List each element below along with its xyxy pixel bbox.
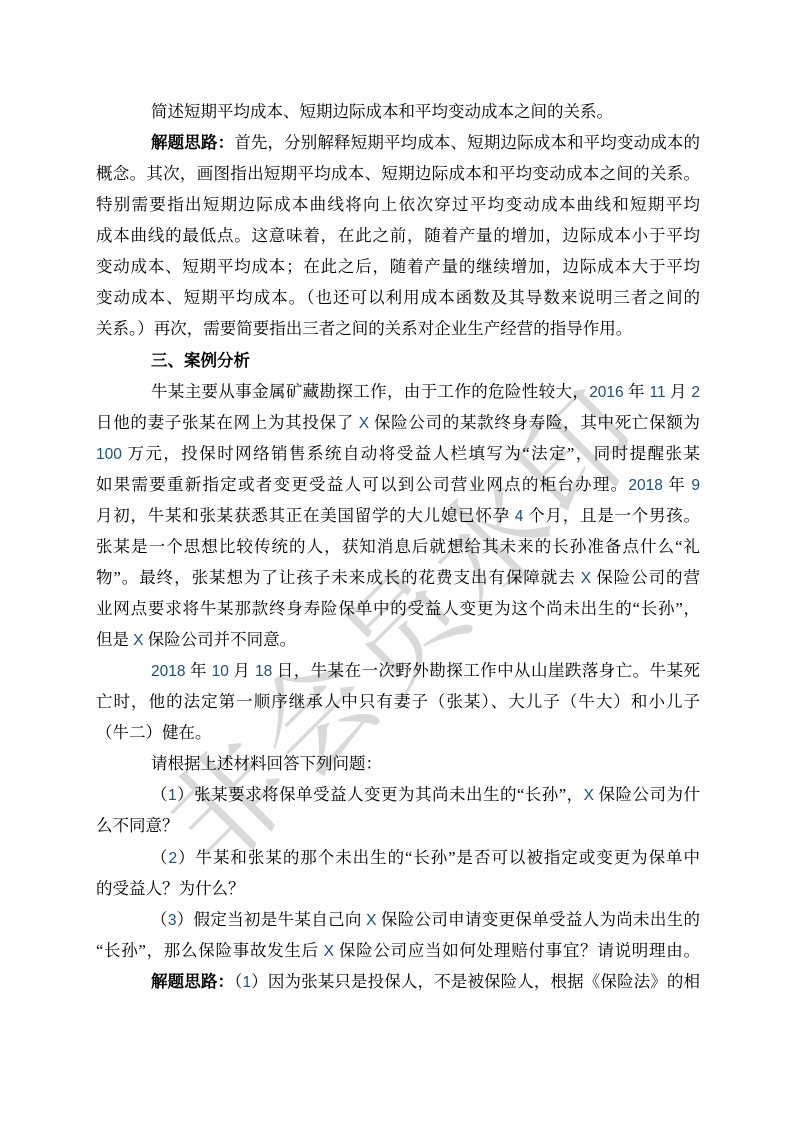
text-segment: 万元，投保时网络销售系统自动将受益人栏填写为“法定”，同时提醒张某 (122, 444, 700, 463)
text-segment: 年 (624, 382, 650, 401)
text-segment: 业网点要求将牛某那款终身寿险保单中的受益人变更为这个尚未出生的“长孙”， (96, 599, 700, 618)
text-line: 特别需要指出短期边际成本曲线将向上依次穿过平均变动成本曲线和短期平均 (96, 189, 700, 220)
highlighted-number: 18 (255, 663, 272, 680)
text-line: “长孙”，那么保险事故发生后 X 保险公司应当如何处理赔付事宜？请说明理由。 (96, 935, 700, 966)
text-segment: 关系。）再次，需要简要指出三者之间的关系对企业生产经营的指导作用。 (96, 319, 632, 338)
text-segment: （ (151, 785, 168, 804)
text-line: 100 万元，投保时网络销售系统自动将受益人栏填写为“法定”，同时提醒张某 (96, 438, 700, 469)
text-line: 关系。）再次，需要简要指出三者之间的关系对企业生产经营的指导作用。 (96, 313, 700, 344)
text-segment: 保险公司应当如何处理赔付事宜？请说明理由。 (334, 941, 700, 960)
text-segment: ）因为张某只是投保人，不是被保险人，根据《保险法》的相 (251, 972, 700, 991)
text-segment: 年 (663, 475, 692, 494)
text-segment: ）张某要求将保单受益人变更为其尚未出生的“长孙”， (177, 785, 584, 804)
text-segment: 月 (229, 661, 255, 680)
highlighted-number: X (324, 943, 334, 960)
highlighted-number: 2 (691, 384, 700, 401)
highlighted-number: 9 (691, 477, 700, 494)
text-segment: 保险公司申请变更保单受益人为尚未出生的 (376, 910, 700, 929)
text-segment: 日，牛某在一次野外勘探工作中从山崖跌落身亡。牛某死 (272, 661, 700, 680)
text-segment: 简述短期平均成本、短期边际成本和平均变动成本之间的关系。 (151, 102, 613, 121)
text-segment: 日他的妻子张某在网上为其投保了 (96, 413, 359, 432)
highlighted-number: 10 (212, 663, 229, 680)
text-line: 张某是一个思想比较传统的人，获知消息后就想给其未来的长孙准备点什么“礼 (96, 531, 700, 562)
text-line: （牛二）健在。 (96, 717, 700, 748)
highlighted-number: X (133, 632, 143, 649)
bold-label: 解题思路： (151, 133, 234, 152)
bold-label: 解题思路： (151, 972, 234, 991)
text-segment: ）假定当初是牛某自己向 (176, 910, 366, 929)
text-segment: 成本曲线的最低点。这意味着，在此之前，随着产量的增加，边际成本小于平均 (96, 226, 700, 245)
highlighted-number: 1 (168, 787, 177, 804)
text-segment: 保险公司的某款终身寿险，其中死亡保额为 (369, 413, 700, 432)
text-segment: “长孙”，那么保险事故发生后 (96, 941, 324, 960)
text-line: 变动成本、短期平均成本；在此之后，随着产量的继续增加，边际成本大于平均 (96, 251, 700, 282)
highlighted-number: 2016 (589, 384, 623, 401)
text-line: 但是 X 保险公司并不同意。 (96, 624, 700, 655)
text-line: 月初，牛某和张某获悉其正在美国留学的大儿媳已怀孕 4 个月，且是一个男孩。 (96, 500, 700, 531)
text-segment: 个月，且是一个男孩。 (523, 506, 700, 525)
highlighted-number: X (581, 570, 591, 587)
text-segment: （ (151, 910, 168, 929)
text-segment: 请根据上述材料回答下列问题： (151, 754, 382, 773)
text-segment: 变动成本、短期平均成本；在此之后，随着产量的继续增加，边际成本大于平均 (96, 257, 700, 276)
text-segment: 物”。最终，张某想为了让孩子未来成长的花费支出有保障就去 (96, 568, 581, 587)
text-line: 如果需要重新指定或者变更受益人可以到公司营业网点的柜台办理。2018 年 9 (96, 469, 700, 500)
text-segment: 年 (185, 661, 211, 680)
text-segment: 牛某主要从事金属矿藏勘探工作，由于工作的危险性较大， (151, 382, 589, 401)
document-body: 简述短期平均成本、短期边际成本和平均变动成本之间的关系。解题思路：首先，分别解释… (96, 96, 700, 997)
text-segment: （ (234, 972, 242, 991)
text-segment: 如果需要重新指定或者变更受益人可以到公司营业网点的柜台办理。 (96, 475, 628, 494)
text-segment: 变动成本、短期平均成本。（也还可以利用成本函数及其导数来说明三者之间的 (96, 288, 700, 307)
text-segment: 首先，分别解释短期平均成本、短期边际成本和平均变动成本的 (234, 133, 700, 152)
text-segment: 但是 (96, 630, 133, 649)
text-segment: （ (151, 848, 168, 867)
highlighted-number: X (359, 415, 369, 432)
text-line: （1）张某要求将保单受益人变更为其尚未出生的“长孙”，X 保险公司为什 (96, 779, 700, 810)
text-segment: 张某是一个思想比较传统的人，获知消息后就想给其未来的长孙准备点什么“礼 (96, 537, 700, 556)
highlighted-number: 2018 (151, 663, 185, 680)
text-segment: 保险公司并不同意。 (143, 630, 296, 649)
highlighted-number: 100 (96, 446, 122, 463)
highlighted-number: X (584, 787, 594, 804)
highlighted-number: 2018 (628, 477, 662, 494)
text-line: 的受益人？为什么？ (96, 873, 700, 904)
text-line: 亡时，他的法定第一顺序继承人中只有妻子（张某）、大儿子（牛大）和小儿子 (96, 686, 700, 717)
text-line: 请根据上述材料回答下列问题： (96, 748, 700, 779)
text-line: 三、案例分析 (96, 345, 700, 376)
text-segment: 保险公司为什 (594, 785, 700, 804)
highlighted-number: 11 (649, 384, 665, 401)
text-line: 牛某主要从事金属矿藏勘探工作，由于工作的危险性较大，2016 年 11 月 2 (96, 376, 700, 407)
text-segment: 的受益人？为什么？ (96, 879, 245, 898)
text-segment: 么不同意？ (96, 816, 179, 835)
text-segment: 月初，牛某和张某获悉其正在美国留学的大儿媳已怀孕 (96, 506, 515, 525)
document-page: 非会员水印 简述短期平均成本、短期边际成本和平均变动成本之间的关系。解题思路：首… (0, 0, 793, 1122)
highlighted-number: 1 (243, 974, 252, 991)
highlighted-number: X (366, 912, 376, 929)
text-segment: （牛二）健在。 (96, 723, 212, 742)
text-segment: ）牛某和张某的那个未出生的“长孙”是否可以被指定或变更为保单中 (177, 848, 700, 867)
text-line: 解题思路：（1）因为张某只是投保人，不是被保险人，根据《保险法》的相 (96, 966, 700, 997)
text-line: （2）牛某和张某的那个未出生的“长孙”是否可以被指定或变更为保单中 (96, 842, 700, 873)
text-line: 成本曲线的最低点。这意味着，在此之前，随着产量的增加，边际成本小于平均 (96, 220, 700, 251)
text-line: （3）假定当初是牛某自己向 X 保险公司申请变更保单受益人为尚未出生的 (96, 904, 700, 935)
text-segment: 特别需要指出短期边际成本曲线将向上依次穿过平均变动成本曲线和短期平均 (96, 195, 700, 214)
text-line: 么不同意？ (96, 810, 700, 841)
text-line: 解题思路：首先，分别解释短期平均成本、短期边际成本和平均变动成本的 (96, 127, 700, 158)
bold-label: 三、案例分析 (151, 351, 250, 370)
text-segment: 月 (666, 382, 692, 401)
text-line: 变动成本、短期平均成本。（也还可以利用成本函数及其导数来说明三者之间的 (96, 282, 700, 313)
highlighted-number: 2 (168, 850, 177, 867)
text-line: 概念。其次，画图指出短期平均成本、短期边际成本和平均变动成本之间的关系。 (96, 158, 700, 189)
text-line: 简述短期平均成本、短期边际成本和平均变动成本之间的关系。 (96, 96, 700, 127)
text-segment: 亡时，他的法定第一顺序继承人中只有妻子（张某）、大儿子（牛大）和小儿子 (96, 692, 700, 711)
text-line: 2018 年 10 月 18 日，牛某在一次野外勘探工作中从山崖跌落身亡。牛某死 (96, 655, 700, 686)
text-segment: 保险公司的营 (591, 568, 700, 587)
text-line: 物”。最终，张某想为了让孩子未来成长的花费支出有保障就去 X 保险公司的营 (96, 562, 700, 593)
text-segment: 概念。其次，画图指出短期平均成本、短期边际成本和平均变动成本之间的关系。 (96, 164, 700, 183)
text-line: 业网点要求将牛某那款终身寿险保单中的受益人变更为这个尚未出生的“长孙”， (96, 593, 700, 624)
text-line: 日他的妻子张某在网上为其投保了 X 保险公司的某款终身寿险，其中死亡保额为 (96, 407, 700, 438)
